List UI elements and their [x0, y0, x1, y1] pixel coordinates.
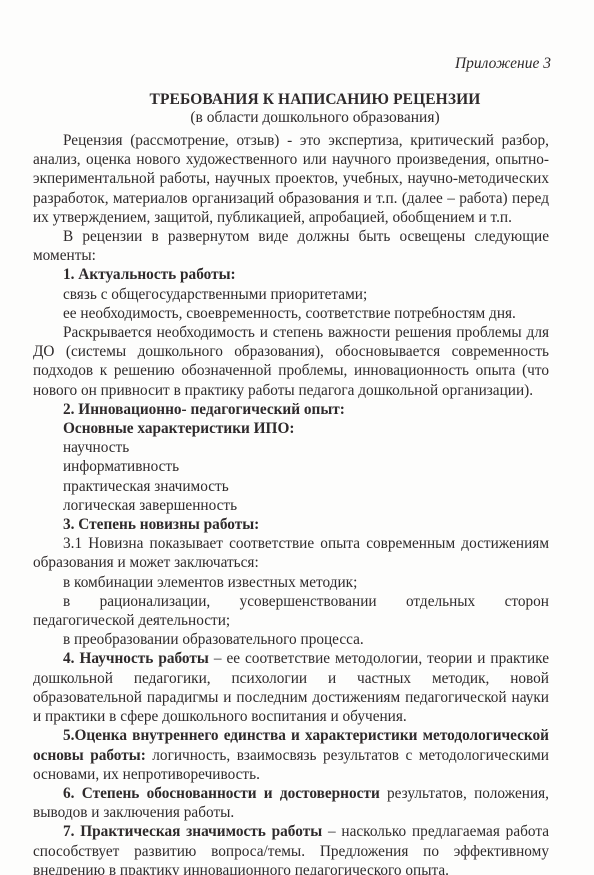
section-2-item: научность [33, 438, 549, 457]
section-2-item: информативность [33, 457, 549, 476]
section-1-item: ее необходимость, своевременность, соотв… [33, 304, 549, 323]
section-3-text: 3.1 Новизна показывает соответствие опыт… [33, 534, 549, 572]
section-6-heading: 6. Степень обоснованности и достоверност… [63, 785, 380, 802]
document-body: Рецензия (рассмотрение, отзыв) - это экс… [33, 131, 549, 875]
section-4-heading: 4. Научность работы [63, 650, 209, 667]
section-1-item: связь с общегосударственными приоритетам… [33, 285, 549, 304]
document-subtitle: (в области дошкольного образования) [0, 109, 594, 127]
document-page: Приложение 3 ТРЕБОВАНИЯ К НАПИСАНИЮ РЕЦЕ… [0, 0, 594, 875]
section-2-subheading: Основные характеристики ИПО: [33, 419, 549, 438]
section-3-item: в комбинации элементов известных методик… [33, 573, 549, 592]
section-2-heading: 2. Инновационно- педагогический опыт: [33, 400, 549, 419]
section-5: 5.Оценка внутреннего единства и характер… [33, 726, 549, 784]
section-3-heading: 3. Степень новизны работы: [33, 515, 549, 534]
section-4: 4. Научность работы – ее соответствие ме… [33, 649, 549, 726]
section-1-text: Раскрывается необходимость и степень важ… [33, 323, 549, 400]
section-3-item: в преобразовании образовательного процес… [33, 630, 549, 649]
document-title: ТРЕБОВАНИЯ К НАПИСАНИЮ РЕЦЕНЗИИ [0, 91, 594, 109]
section-2-item: логическая завершенность [33, 496, 549, 515]
section-1-heading: 1. Актуальность работы: [33, 265, 549, 284]
section-2-item: практическая значимость [33, 477, 549, 496]
intro-definition: Рецензия (рассмотрение, отзыв) - это экс… [33, 131, 549, 227]
section-6: 6. Степень обоснованности и достоверност… [33, 784, 549, 822]
section-7-heading: 7. Практическая значимость работы [63, 823, 322, 840]
appendix-label: Приложение 3 [455, 55, 551, 73]
section-3-item: в рационализации, усовершенствовании отд… [33, 592, 549, 630]
intro-lead: В рецензии в развернутом виде должны быт… [33, 227, 549, 265]
section-7: 7. Практическая значимость работы – наск… [33, 822, 549, 875]
